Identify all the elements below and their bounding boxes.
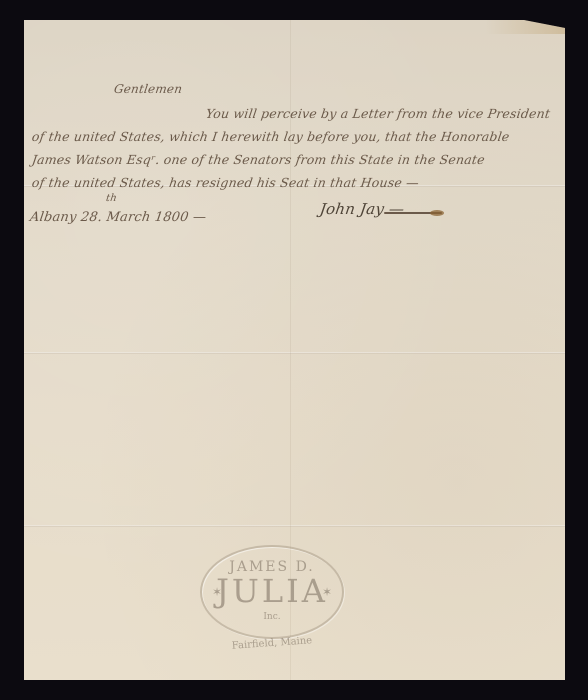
body-line-4: of the united States, has resigned his S…	[31, 175, 420, 190]
corner-stain	[485, 20, 565, 34]
fold-line-middle	[24, 352, 565, 354]
ink-blot	[430, 210, 444, 216]
salutation: Gentlemen	[113, 82, 183, 96]
body-line-2: of the united States, which I herewith l…	[31, 129, 511, 144]
watermark-sub: Inc.	[202, 612, 342, 622]
date-line: Albany 28. March 1800 —	[29, 210, 207, 225]
body-line-3: James Watson Esqʳ. one of the Senators f…	[31, 152, 486, 167]
auction-house-watermark: JAMES D. ✶ JULIA ✶ Inc.	[200, 545, 344, 639]
date-superscript: th	[105, 193, 117, 204]
body-line-1: You will perceive by a Letter from the v…	[205, 106, 551, 121]
fold-line-lower	[24, 525, 565, 527]
signature: John Jay —	[319, 200, 406, 218]
star-icon: ✶	[322, 585, 332, 599]
